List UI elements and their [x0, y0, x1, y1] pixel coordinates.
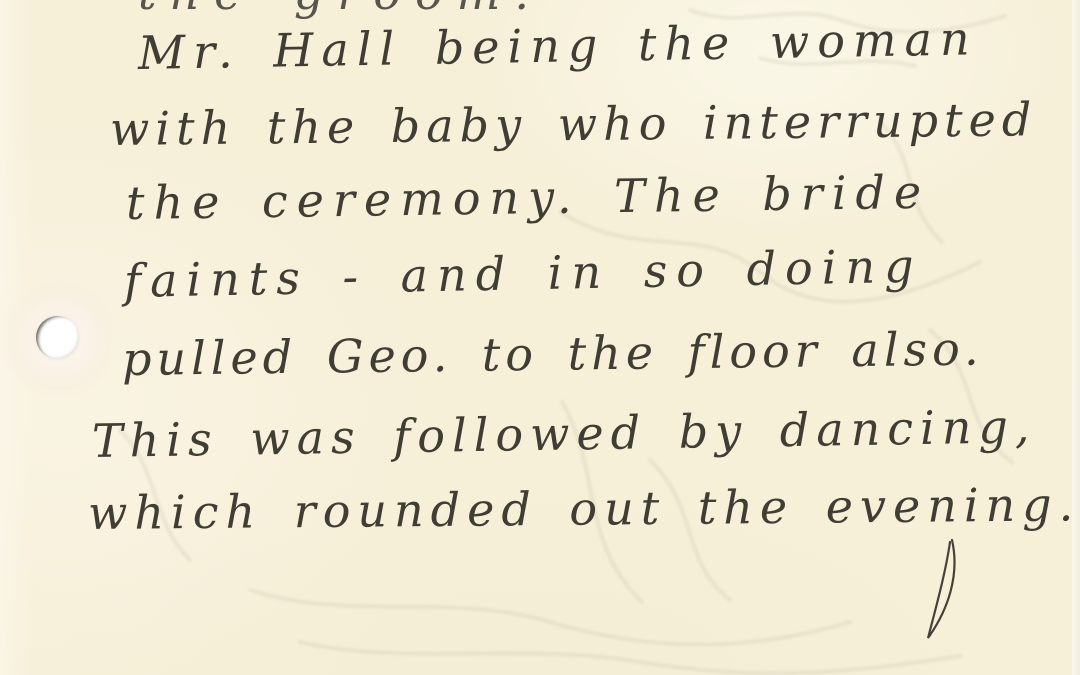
handwriting-line-3: with the baby who interrupted [110, 92, 1038, 156]
handwriting-line-6: pulled Geo. to the floor also. [122, 321, 984, 386]
handwriting-line-8: which rounded out the evening. [88, 477, 1080, 540]
handwriting-line-4: the ceremony. The bride [126, 165, 931, 230]
page-right-edge [1072, 0, 1080, 675]
scanned-document: the groom. Mr. Hall being the woman with… [0, 0, 1080, 675]
punch-hole [36, 316, 79, 359]
handwriting-line-1: the groom. [138, 0, 543, 20]
